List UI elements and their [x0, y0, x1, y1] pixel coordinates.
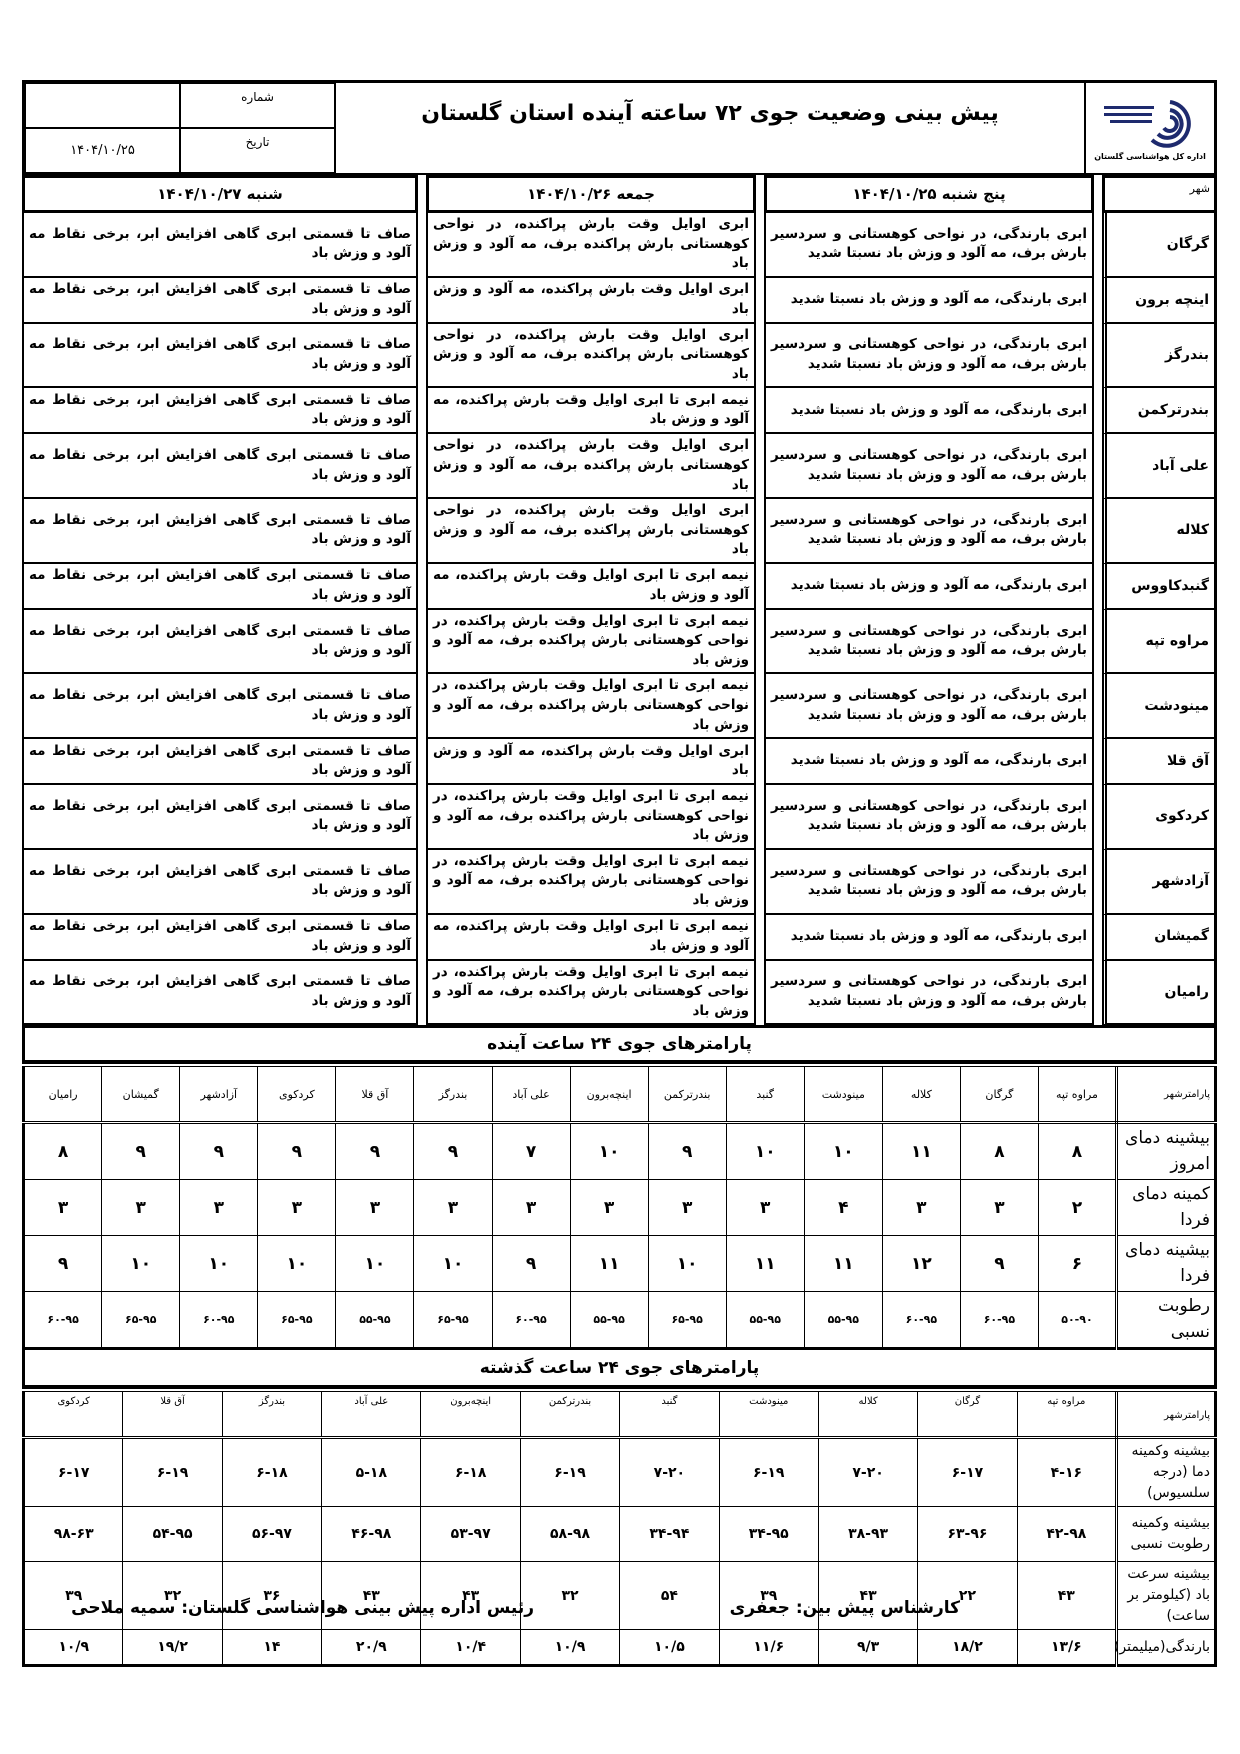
- city-name: رامیان: [1102, 961, 1217, 1026]
- param-city-header: گمیشان: [102, 1065, 180, 1123]
- forecast-day1: ابری بارندگی، در نواحی کوهستانی و سردسیر…: [764, 674, 1094, 739]
- param-city-header: آق قلا: [336, 1065, 414, 1123]
- param-value: ۳: [258, 1180, 336, 1236]
- column-gap: [1094, 278, 1102, 324]
- forecast-day3: صاف تا قسمتی ابری گاهی افزایش ابر، برخی …: [22, 324, 418, 389]
- param-value: ۶۰-۹۵: [24, 1292, 102, 1349]
- column-gap: [418, 961, 426, 1026]
- params-row: بیشینه وکمینه دما (درجه سلسیوس)۴-۱۶۶-۱۷۷…: [24, 1438, 1216, 1507]
- param-value: ۶۳-۹۶: [918, 1507, 1017, 1562]
- param-city-header: اینچه‌برون: [570, 1065, 648, 1123]
- param-city-header: کردکوی: [258, 1065, 336, 1123]
- day-header-2: جمعه ۱۴۰۴/۱۰/۲۶: [426, 175, 756, 213]
- forecast-day3: صاف تا قسمتی ابری گاهی افزایش ابر، برخی …: [22, 388, 418, 434]
- param-value: ۳۶: [222, 1562, 321, 1630]
- head-signature: رئیس اداره پیش بینی هواشناسی گلستان: سمی…: [71, 1598, 534, 1618]
- param-value: ۹: [180, 1123, 258, 1180]
- next24-table: پارامترشهرمراوه تپهگرگانکلالهمینودشتگنبد…: [22, 1063, 1217, 1350]
- param-value: ۸: [24, 1123, 102, 1180]
- column-gap: [756, 785, 764, 850]
- column-gap: [1094, 610, 1102, 675]
- param-city-header: بندرترکمن: [648, 1065, 726, 1123]
- param-value: ۴۲-۹۸: [1017, 1507, 1116, 1562]
- forecast-row: کردکویابری بارندگی، در نواحی کوهستانی و …: [22, 785, 1217, 850]
- param-value: ۵۵-۹۵: [336, 1292, 414, 1349]
- forecast-document: شماره ۱۴۰۴/۱۰/۲۵ تاریخ پیش بینی وضعیت جو…: [22, 80, 1217, 1667]
- param-value: ۱۱: [570, 1236, 648, 1292]
- forecast-row: بندرگزابری بارندگی، در نواحی کوهستانی و …: [22, 324, 1217, 389]
- forecast-row: مینودشتابری بارندگی، در نواحی کوهستانی و…: [22, 674, 1217, 739]
- param-value: ۹: [648, 1123, 726, 1180]
- param-value: ۶۰-۹۵: [180, 1292, 258, 1349]
- param-value: ۵۳-۹۷: [421, 1507, 520, 1562]
- param-value: ۱۰: [648, 1236, 726, 1292]
- param-value: ۹: [102, 1123, 180, 1180]
- column-gap: [418, 278, 426, 324]
- param-value: ۶-۱۹: [123, 1438, 222, 1507]
- param-value: ۱۱: [804, 1236, 882, 1292]
- param-value: ۷: [492, 1123, 570, 1180]
- column-gap: [1094, 564, 1102, 610]
- param-value: ۱۰: [180, 1236, 258, 1292]
- forecast-day2: ابری اوایل وقت بارش پراکنده، در نواحی کو…: [426, 213, 756, 278]
- forecast-row: آزادشهرابری بارندگی، در نواحی کوهستانی و…: [22, 850, 1217, 915]
- forecast-header-row: شهر پنج شنبه ۱۴۰۴/۱۰/۲۵ جمعه ۱۴۰۴/۱۰/۲۶ …: [22, 175, 1217, 213]
- forecast-day3: صاف تا قسمتی ابری گاهی افزایش ابر، برخی …: [22, 850, 418, 915]
- param-label: رطوبت نسبی: [1117, 1292, 1216, 1349]
- param-value: ۵۵-۹۵: [726, 1292, 804, 1349]
- column-gap: [1094, 739, 1102, 785]
- column-gap: [418, 915, 426, 961]
- param-value: ۶-۱۷: [24, 1438, 123, 1507]
- param-value: ۳: [414, 1180, 492, 1236]
- param-value: ۳۴-۹۵: [719, 1507, 818, 1562]
- forecast-day1: ابری بارندگی، در نواحی کوهستانی و سردسیر…: [764, 961, 1094, 1026]
- param-label: بیشینه وکمینه رطوبت نسبی: [1117, 1507, 1216, 1562]
- params-row: کمینه دمای فردا۲۳۳۴۳۳۳۳۳۳۳۳۳۳: [24, 1180, 1216, 1236]
- param-label: بیشینه دمای امروز: [1117, 1123, 1216, 1180]
- forecast-row: گنبدکاووسابری بارندگی، مه آلود و وزش باد…: [22, 564, 1217, 610]
- forecast-day2: ابری اوایل وقت بارش پراکنده، مه آلود و و…: [426, 278, 756, 324]
- document-header: شماره ۱۴۰۴/۱۰/۲۵ تاریخ پیش بینی وضعیت جو…: [22, 80, 1217, 175]
- forecast-day1: ابری بارندگی، در نواحی کوهستانی و سردسیر…: [764, 850, 1094, 915]
- column-gap: [756, 961, 764, 1026]
- column-gap: [418, 388, 426, 434]
- param-value: ۸: [1038, 1123, 1116, 1180]
- param-value: ۱۰: [804, 1123, 882, 1180]
- param-city-header: بندرگز: [222, 1390, 321, 1438]
- param-value: ۱۰: [102, 1236, 180, 1292]
- param-value: ۵۰-۹۰: [1038, 1292, 1116, 1349]
- param-value: ۵۴-۹۵: [123, 1507, 222, 1562]
- city-name: آزادشهر: [1102, 850, 1217, 915]
- param-value: ۱۱/۶: [719, 1630, 818, 1666]
- param-city-header: گنبد: [620, 1390, 719, 1438]
- city-name: اینچه برون: [1102, 278, 1217, 324]
- param-value: ۷-۲۰: [818, 1438, 917, 1507]
- param-value: ۳۴-۹۴: [620, 1507, 719, 1562]
- params-header-row: پارامترشهرمراوه تپهگرگانکلالهمینودشتگنبد…: [24, 1065, 1216, 1123]
- column-gap: [1094, 499, 1102, 564]
- params-row: بیشینه سرعت باد (کیلومتر بر ساعت)۴۳۲۲۴۳۳…: [24, 1562, 1216, 1630]
- column-gap: [1094, 324, 1102, 389]
- param-city-header: علی آباد: [492, 1065, 570, 1123]
- param-value: ۴: [804, 1180, 882, 1236]
- param-value: ۳: [648, 1180, 726, 1236]
- param-value: ۹: [960, 1236, 1038, 1292]
- param-value: ۶۵-۹۵: [414, 1292, 492, 1349]
- forecast-body: گرگانابری بارندگی، در نواحی کوهستانی و س…: [22, 213, 1217, 1025]
- param-city-header: بندرترکمن: [520, 1390, 619, 1438]
- forecast-day3: صاف تا قسمتی ابری گاهی افزایش ابر، برخی …: [22, 610, 418, 675]
- column-gap: [1094, 213, 1102, 278]
- forecast-day1: ابری بارندگی، مه آلود و وزش باد نسبتا شد…: [764, 739, 1094, 785]
- param-value: ۴-۱۶: [1017, 1438, 1116, 1507]
- city-name: بندرگز: [1102, 324, 1217, 389]
- forecast-day2: ابری اوایل وقت بارش پراکنده، در نواحی کو…: [426, 434, 756, 499]
- params-row: بیشینه دمای فردا۶۹۱۲۱۱۱۱۱۰۱۱۹۱۰۱۰۱۰۱۰۱۰۹: [24, 1236, 1216, 1292]
- forecast-row: علی آبادابری بارندگی، در نواحی کوهستانی …: [22, 434, 1217, 499]
- forecast-row: کلالهابری بارندگی، در نواحی کوهستانی و س…: [22, 499, 1217, 564]
- city-name: مینودشت: [1102, 674, 1217, 739]
- forecast-day2: نیمه ابری تا ابری اوایل وقت بارش پراکنده…: [426, 915, 756, 961]
- param-value: ۹: [414, 1123, 492, 1180]
- city-name: گمیشان: [1102, 915, 1217, 961]
- param-value: ۴۳: [1017, 1562, 1116, 1630]
- param-value: ۳: [570, 1180, 648, 1236]
- forecast-row: اینچه برونابری بارندگی، مه آلود و وزش با…: [22, 278, 1217, 324]
- params-row: بیشینه وکمینه رطوبت نسبی۴۲-۹۸۶۳-۹۶۳۸-۹۳۳…: [24, 1507, 1216, 1562]
- column-gap: [756, 499, 764, 564]
- forecast-row: آق قلاابری بارندگی، مه آلود و وزش باد نس…: [22, 739, 1217, 785]
- forecast-day1: ابری بارندگی، مه آلود و وزش باد نسبتا شد…: [764, 388, 1094, 434]
- forecast-day3: صاف تا قسمتی ابری گاهی افزایش ابر، برخی …: [22, 499, 418, 564]
- param-value: ۳: [102, 1180, 180, 1236]
- city-name: کردکوی: [1102, 785, 1217, 850]
- param-city-header: کردکوی: [24, 1390, 123, 1438]
- forecast-day2: ابری اوایل وقت بارش پراکنده، در نواحی کو…: [426, 324, 756, 389]
- param-value: ۳۲: [520, 1562, 619, 1630]
- params-row: بارندگی(میلیمتر)۱۳/۶۱۸/۲۹/۳۱۱/۶۱۰/۵۱۰/۹۱…: [24, 1630, 1216, 1666]
- city-column-header: شهر: [1102, 175, 1217, 213]
- logo: اداره کل هواشناسی گلستان: [1084, 83, 1214, 173]
- param-value: ۳: [180, 1180, 258, 1236]
- column-gap: [1094, 674, 1102, 739]
- forecast-day1: ابری بارندگی، در نواحی کوهستانی و سردسیر…: [764, 324, 1094, 389]
- param-value: ۳۲: [123, 1562, 222, 1630]
- meteorological-organization-logo-icon: [1100, 96, 1200, 148]
- param-value: ۶۵-۹۵: [648, 1292, 726, 1349]
- date-value: ۱۴۰۴/۱۰/۲۵: [25, 128, 180, 173]
- column-gap: [756, 915, 764, 961]
- forecast-day3: صاف تا قسمتی ابری گاهی افزایش ابر، برخی …: [22, 785, 418, 850]
- param-city-header: بندرگز: [414, 1065, 492, 1123]
- column-gap: [418, 499, 426, 564]
- param-city-corner: پارامترشهر: [1117, 1065, 1216, 1123]
- param-value: ۹۸-۶۳: [24, 1507, 123, 1562]
- forecast-day1: ابری بارندگی، در نواحی کوهستانی و سردسیر…: [764, 785, 1094, 850]
- param-value: ۱۰: [336, 1236, 414, 1292]
- param-value: ۲: [1038, 1180, 1116, 1236]
- param-value: ۶-۱۷: [918, 1438, 1017, 1507]
- param-value: ۶-۱۸: [421, 1438, 520, 1507]
- param-value: ۱۰/۴: [421, 1630, 520, 1666]
- param-city-header: گرگان: [960, 1065, 1038, 1123]
- param-city-header: کلاله: [882, 1065, 960, 1123]
- forecast-day3: صاف تا قسمتی ابری گاهی افزایش ابر، برخی …: [22, 213, 418, 278]
- param-value: ۱۰: [570, 1123, 648, 1180]
- forecast-row: گمیشانابری بارندگی، مه آلود و وزش باد نس…: [22, 915, 1217, 961]
- param-value: ۱۱: [726, 1236, 804, 1292]
- param-value: ۱۳/۶: [1017, 1630, 1116, 1666]
- param-value: ۳: [492, 1180, 570, 1236]
- column-gap: [418, 564, 426, 610]
- city-name: آق قلا: [1102, 739, 1217, 785]
- column-gap: [756, 388, 764, 434]
- param-value: ۶۰-۹۵: [882, 1292, 960, 1349]
- forecast-table: شهر پنج شنبه ۱۴۰۴/۱۰/۲۵ جمعه ۱۴۰۴/۱۰/۲۶ …: [22, 175, 1217, 1025]
- column-gap: [756, 674, 764, 739]
- forecast-row: بندرترکمنابری بارندگی، مه آلود و وزش باد…: [22, 388, 1217, 434]
- column-gap: [756, 434, 764, 499]
- param-value: ۱۸/۲: [918, 1630, 1017, 1666]
- param-value: ۳۹: [719, 1562, 818, 1630]
- param-value: ۵۵-۹۵: [804, 1292, 882, 1349]
- city-name: کلاله: [1102, 499, 1217, 564]
- param-value: ۱۹/۲: [123, 1630, 222, 1666]
- column-gap: [756, 739, 764, 785]
- param-value: ۴۳: [421, 1562, 520, 1630]
- header-meta: شماره ۱۴۰۴/۱۰/۲۵ تاریخ: [25, 83, 336, 173]
- param-value: ۶۰-۹۵: [492, 1292, 570, 1349]
- params-row: بیشینه دمای امروز۸۸۱۱۱۰۱۰۹۱۰۷۹۹۹۹۹۸: [24, 1123, 1216, 1180]
- param-value: ۱۰: [726, 1123, 804, 1180]
- forecast-day2: نیمه ابری تا ابری اوایل وقت بارش پراکنده…: [426, 610, 756, 675]
- param-city-header: گرگان: [918, 1390, 1017, 1438]
- forecast-day3: صاف تا قسمتی ابری گاهی افزایش ابر، برخی …: [22, 674, 418, 739]
- forecast-day3: صاف تا قسمتی ابری گاهی افزایش ابر، برخی …: [22, 564, 418, 610]
- forecast-day2: نیمه ابری تا ابری اوایل وقت بارش پراکنده…: [426, 564, 756, 610]
- column-gap: [1094, 434, 1102, 499]
- column-gap: [756, 213, 764, 278]
- param-value: ۱۰/۵: [620, 1630, 719, 1666]
- forecast-row: گرگانابری بارندگی، در نواحی کوهستانی و س…: [22, 213, 1217, 278]
- city-name: بندرترکمن: [1102, 388, 1217, 434]
- param-value: ۱۰: [414, 1236, 492, 1292]
- city-name: گرگان: [1102, 213, 1217, 278]
- column-gap: [1094, 915, 1102, 961]
- column-gap: [418, 785, 426, 850]
- page-title: پیش بینی وضعیت جوی ۷۲ ساعته آینده استان …: [336, 83, 1084, 173]
- param-city-header: کلاله: [818, 1390, 917, 1438]
- param-city-header: گنبد: [726, 1065, 804, 1123]
- forecast-day1: ابری بارندگی، مه آلود و وزش باد نسبتا شد…: [764, 915, 1094, 961]
- forecaster-signature: کارشناس پیش بین: جعفری: [730, 1598, 960, 1618]
- param-value: ۳۸-۹۳: [818, 1507, 917, 1562]
- param-value: ۵۸-۹۸: [520, 1507, 619, 1562]
- forecast-day3: صاف تا قسمتی ابری گاهی افزایش ابر، برخی …: [22, 915, 418, 961]
- number-value: [25, 83, 180, 128]
- forecast-day1: ابری بارندگی، مه آلود و وزش باد نسبتا شد…: [764, 564, 1094, 610]
- forecast-day1: ابری بارندگی، در نواحی کوهستانی و سردسیر…: [764, 499, 1094, 564]
- param-value: ۱۱: [882, 1123, 960, 1180]
- param-value: ۱۰/۹: [24, 1630, 123, 1666]
- param-value: ۶-۱۸: [222, 1438, 321, 1507]
- param-city-header: آق قلا: [123, 1390, 222, 1438]
- param-value: ۴۶-۹۸: [322, 1507, 421, 1562]
- param-city-corner: پارامترشهر: [1117, 1390, 1216, 1438]
- city-name: گنبدکاووس: [1102, 564, 1217, 610]
- param-value: ۶: [1038, 1236, 1116, 1292]
- column-gap: [418, 434, 426, 499]
- param-label: بیشینه سرعت باد (کیلومتر بر ساعت): [1117, 1562, 1216, 1630]
- param-city-header: مراوه تپه: [1017, 1390, 1116, 1438]
- param-value: ۳: [336, 1180, 414, 1236]
- column-gap: [418, 850, 426, 915]
- param-value: ۶-۱۹: [719, 1438, 818, 1507]
- forecast-day1: ابری بارندگی، در نواحی کوهستانی و سردسیر…: [764, 213, 1094, 278]
- logo-caption: اداره کل هواشناسی گلستان: [1094, 152, 1206, 161]
- date-label: تاریخ: [180, 128, 335, 173]
- column-gap: [756, 278, 764, 324]
- column-gap: [1094, 850, 1102, 915]
- forecast-day2: نیمه ابری تا ابری اوایل وقت بارش پراکنده…: [426, 850, 756, 915]
- param-value: ۳: [882, 1180, 960, 1236]
- param-value: ۱۰: [258, 1236, 336, 1292]
- param-value: ۶-۱۹: [520, 1438, 619, 1507]
- forecast-day1: ابری بارندگی، در نواحی کوهستانی و سردسیر…: [764, 434, 1094, 499]
- param-value: ۴۳: [322, 1562, 421, 1630]
- param-city-header: مراوه تپه: [1038, 1065, 1116, 1123]
- day-header-3: شنبه ۱۴۰۴/۱۰/۲۷: [22, 175, 418, 213]
- param-city-header: علی آباد: [322, 1390, 421, 1438]
- param-city-header: آزادشهر: [180, 1065, 258, 1123]
- city-name: علی آباد: [1102, 434, 1217, 499]
- column-gap: [756, 324, 764, 389]
- number-label: شماره: [180, 83, 335, 128]
- param-value: ۳: [24, 1180, 102, 1236]
- params-row: رطوبت نسبی۵۰-۹۰۶۰-۹۵۶۰-۹۵۵۵-۹۵۵۵-۹۵۶۵-۹۵…: [24, 1292, 1216, 1349]
- param-city-header: رامیان: [24, 1065, 102, 1123]
- param-value: ۱۲: [882, 1236, 960, 1292]
- forecast-day2: ابری اوایل وقت بارش پراکنده، مه آلود و و…: [426, 739, 756, 785]
- column-gap: [418, 324, 426, 389]
- param-value: ۳: [726, 1180, 804, 1236]
- column-gap: [1094, 961, 1102, 1026]
- forecast-day2: نیمه ابری تا ابری اوایل وقت بارش پراکنده…: [426, 785, 756, 850]
- forecast-row: رامیانابری بارندگی، در نواحی کوهستانی و …: [22, 961, 1217, 1026]
- column-gap: [418, 739, 426, 785]
- param-city-header: مینودشت: [804, 1065, 882, 1123]
- column-gap: [756, 610, 764, 675]
- param-value: ۱۰/۹: [520, 1630, 619, 1666]
- past24-title: پارامترهای جوی ۲۴ ساعت گذشته: [22, 1350, 1217, 1388]
- param-label: بیشینه وکمینه دما (درجه سلسیوس): [1117, 1438, 1216, 1507]
- forecast-day3: صاف تا قسمتی ابری گاهی افزایش ابر، برخی …: [22, 434, 418, 499]
- param-label: کمینه دمای فردا: [1117, 1180, 1216, 1236]
- param-label: بارندگی(میلیمتر): [1117, 1630, 1216, 1666]
- param-value: ۲۲: [918, 1562, 1017, 1630]
- param-value: ۵۵-۹۵: [570, 1292, 648, 1349]
- param-value: ۳۹: [24, 1562, 123, 1630]
- forecast-day2: نیمه ابری تا ابری اوایل وقت بارش پراکنده…: [426, 388, 756, 434]
- column-gap: [756, 850, 764, 915]
- param-value: ۶۵-۹۵: [258, 1292, 336, 1349]
- param-value: ۵-۱۸: [322, 1438, 421, 1507]
- param-label: بیشینه دمای فردا: [1117, 1236, 1216, 1292]
- param-city-header: مینودشت: [719, 1390, 818, 1438]
- forecast-day1: ابری بارندگی، مه آلود و وزش باد نسبتا شد…: [764, 278, 1094, 324]
- forecast-day2: نیمه ابری تا ابری اوایل وقت بارش پراکنده…: [426, 674, 756, 739]
- forecast-day2: ابری اوایل وقت بارش پراکنده، در نواحی کو…: [426, 499, 756, 564]
- next24-title: پارامترهای جوی ۲۴ ساعت آینده: [22, 1025, 1217, 1063]
- forecast-day1: ابری بارندگی، در نواحی کوهستانی و سردسیر…: [764, 610, 1094, 675]
- column-gap: [1094, 388, 1102, 434]
- column-gap: [418, 610, 426, 675]
- param-value: ۶۵-۹۵: [102, 1292, 180, 1349]
- day-header-1: پنج شنبه ۱۴۰۴/۱۰/۲۵: [764, 175, 1094, 213]
- param-value: ۵۶-۹۷: [222, 1507, 321, 1562]
- forecast-day3: صاف تا قسمتی ابری گاهی افزایش ابر، برخی …: [22, 278, 418, 324]
- param-value: ۶۰-۹۵: [960, 1292, 1038, 1349]
- param-city-header: اینچه‌برون: [421, 1390, 520, 1438]
- city-name: مراوه تپه: [1102, 610, 1217, 675]
- param-value: ۱۴: [222, 1630, 321, 1666]
- past24-table: پارامترشهرمراوه تپهگرگانکلالهمینودشتگنبد…: [22, 1388, 1217, 1667]
- param-value: ۹: [336, 1123, 414, 1180]
- forecast-day2: نیمه ابری تا ابری اوایل وقت بارش پراکنده…: [426, 961, 756, 1026]
- param-value: ۲۰/۹: [322, 1630, 421, 1666]
- column-gap: [756, 564, 764, 610]
- forecast-day3: صاف تا قسمتی ابری گاهی افزایش ابر، برخی …: [22, 739, 418, 785]
- param-value: ۹/۳: [818, 1630, 917, 1666]
- param-value: ۹: [24, 1236, 102, 1292]
- forecast-row: مراوه تپهابری بارندگی، در نواحی کوهستانی…: [22, 610, 1217, 675]
- param-value: ۴۳: [818, 1562, 917, 1630]
- params-header-row: پارامترشهرمراوه تپهگرگانکلالهمینودشتگنبد…: [24, 1390, 1216, 1438]
- column-gap: [1094, 785, 1102, 850]
- param-value: ۳: [960, 1180, 1038, 1236]
- param-value: ۹: [258, 1123, 336, 1180]
- param-value: ۵۴: [620, 1562, 719, 1630]
- column-gap: [418, 674, 426, 739]
- param-value: ۷-۲۰: [620, 1438, 719, 1507]
- column-gap: [418, 213, 426, 278]
- param-value: ۹: [492, 1236, 570, 1292]
- param-value: ۸: [960, 1123, 1038, 1180]
- forecast-day3: صاف تا قسمتی ابری گاهی افزایش ابر، برخی …: [22, 961, 418, 1026]
